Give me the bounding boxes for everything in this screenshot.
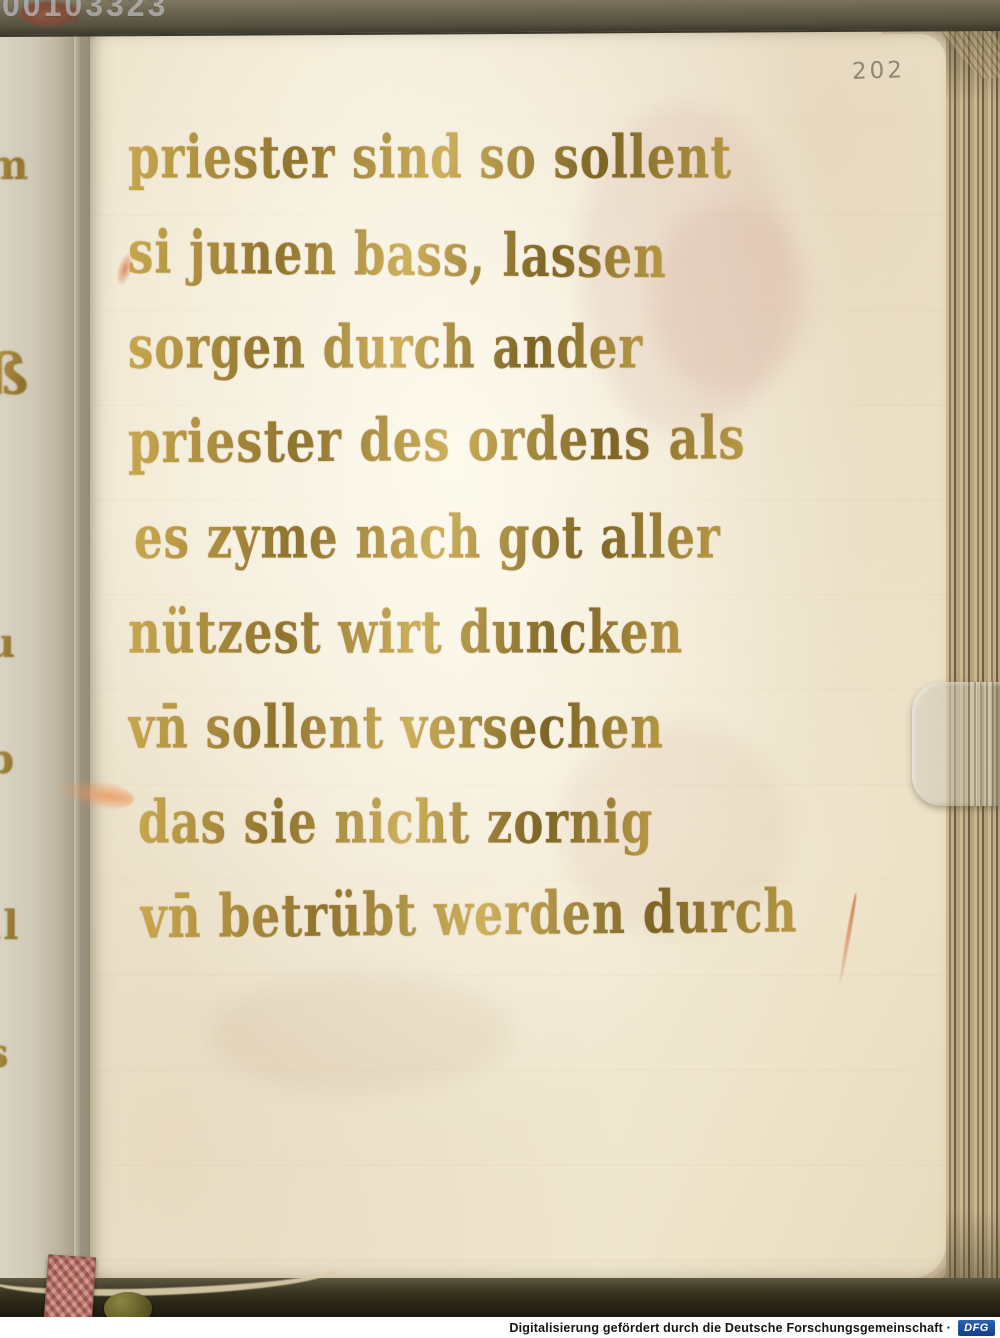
manuscript-text-block: priester sind so sollent si junen bass, … <box>128 122 928 977</box>
manuscript-line: es zyme nach got aller <box>128 502 928 597</box>
manuscript-line-text: es zyme nach got aller <box>134 504 721 572</box>
folio-number: 202 <box>852 57 906 85</box>
manuscript-line-text: vn̄ betrübt werden durch <box>140 878 798 952</box>
manuscript-line: vn̄ betrübt werden durch <box>128 882 928 977</box>
previous-page-edge: m ß u b il s <box>0 24 100 1286</box>
margin-text-fragment: b <box>0 736 34 856</box>
book-fore-edge <box>946 26 1000 1284</box>
manuscript-line-text: das sie nicht zornig <box>138 789 653 857</box>
digitization-footer: Digitalisierung gefördert durch die Deut… <box>0 1317 1000 1338</box>
manuscript-line-text: priester sind so sollent <box>128 124 732 192</box>
dfg-logo: DFG <box>958 1320 995 1336</box>
manuscript-line-text: priester des ordens als <box>128 405 746 477</box>
margin-text-fragment: u <box>0 620 34 730</box>
margin-text-fragment: m <box>0 142 34 272</box>
manuscript-line-text: sorgen durch ander <box>128 314 643 382</box>
manuscript-line: nützest wirt duncken <box>128 597 928 692</box>
margin-text-fragment: s <box>0 1030 34 1120</box>
digitized-manuscript-photo: m ß u b il s 00103323 202 priester sind … <box>0 0 1000 1338</box>
manuscript-line-text: vn̄ sollent versechen <box>128 694 664 762</box>
manuscript-line: sorgen durch ander <box>128 312 928 407</box>
manuscript-line-text: si junen bass, lassen <box>128 219 667 292</box>
manuscript-line: si junen bass, lassen <box>128 217 928 312</box>
manuscript-line: das sie nicht zornig <box>128 787 928 882</box>
ink-showthrough <box>210 974 510 1094</box>
manuscript-line-text: nützest wirt duncken <box>128 599 683 667</box>
manuscript-line: priester sind so sollent <box>128 122 928 217</box>
margin-text-fragment: il <box>0 902 34 1022</box>
page-holder-tab <box>912 682 1000 806</box>
bookmark-ribbon <box>44 1254 96 1323</box>
margin-text-fragment: ß <box>0 342 34 572</box>
scan-watermark-id: 00103323 <box>2 0 168 24</box>
footer-credit-text: Digitalisierung gefördert durch die Deut… <box>509 1321 951 1335</box>
manuscript-line: vn̄ sollent versechen <box>128 692 928 787</box>
manuscript-line: priester des ordens als <box>128 407 928 502</box>
